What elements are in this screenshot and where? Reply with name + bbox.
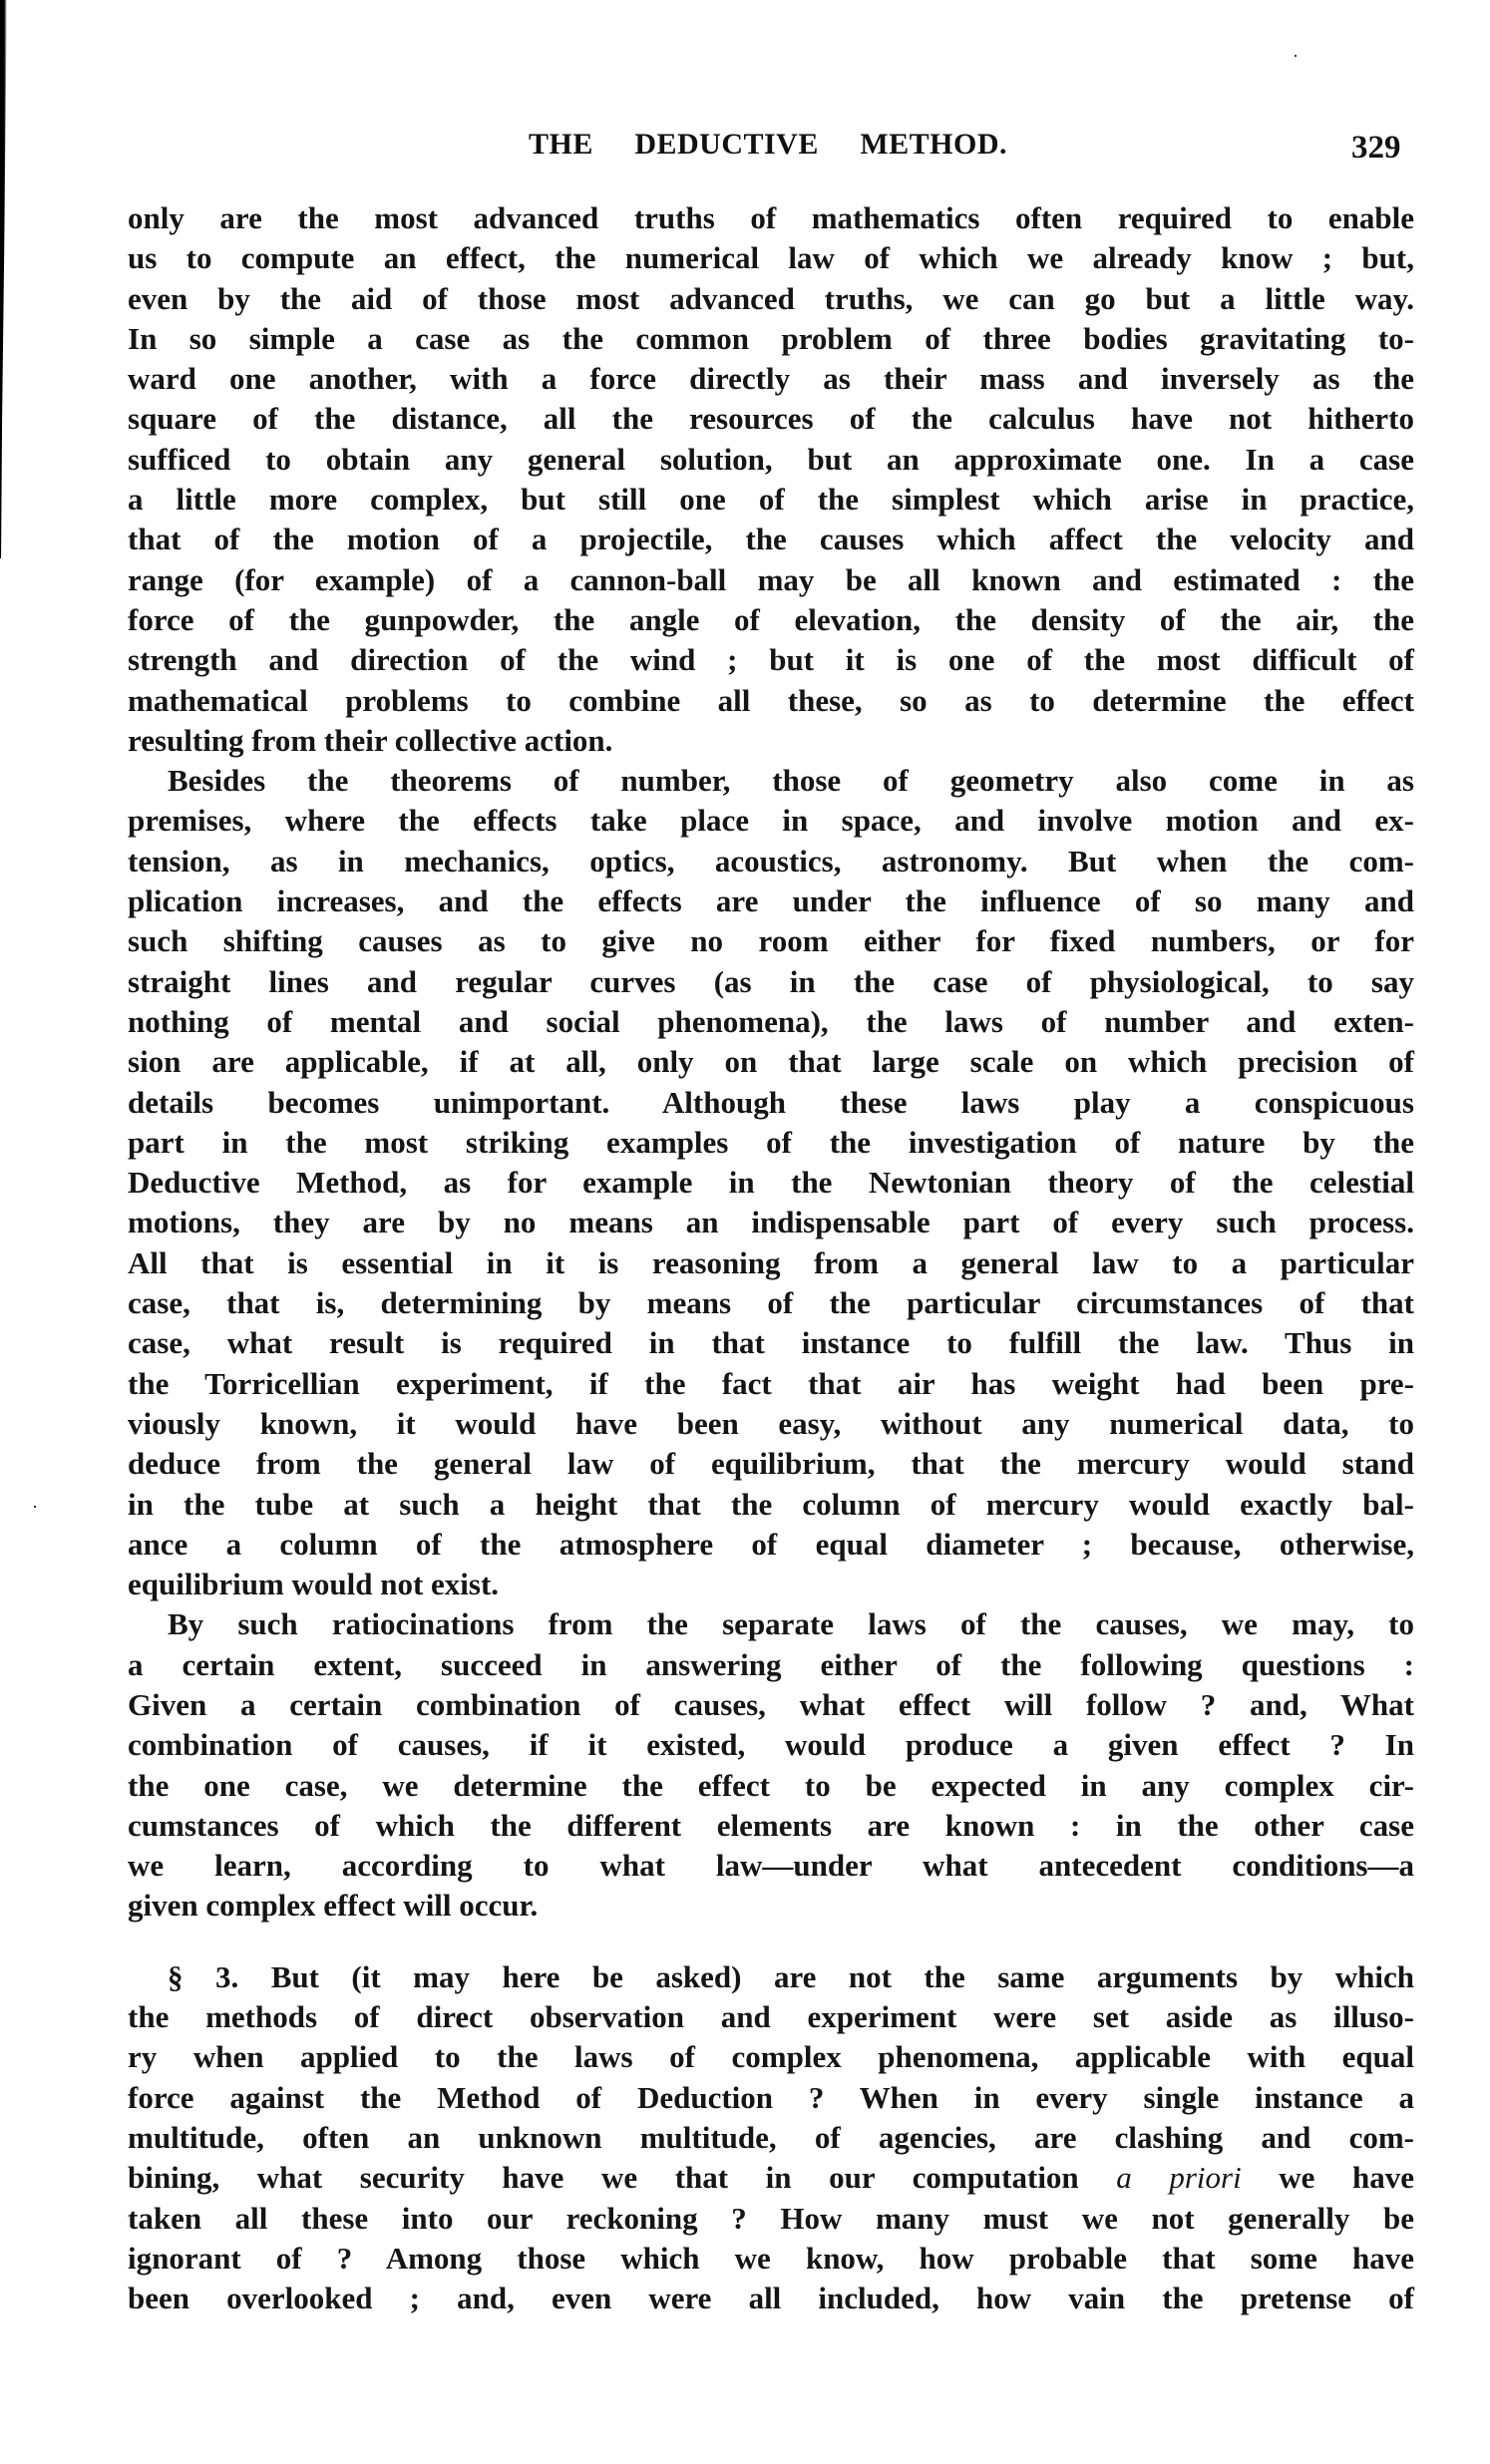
text-line: case, what result is required in that in… xyxy=(128,1323,1414,1363)
text-line: the Torricellian experiment, if the fact… xyxy=(128,1364,1414,1404)
paragraph-3: By such ratiocinations from the separate… xyxy=(128,1604,1414,1926)
text-line: Deductive Method, as for example in the … xyxy=(128,1163,1414,1203)
text-line: viously known, it would have been easy, … xyxy=(128,1404,1414,1444)
text-line: us to compute an effect, the numerical l… xyxy=(128,238,1414,278)
text-line: All that is essential in it is reasoning… xyxy=(128,1243,1414,1283)
text-line: even by the aid of those most advanced t… xyxy=(128,279,1414,319)
text-line: premises, where the effects take place i… xyxy=(128,801,1414,841)
text-line: ward one another, with a force directly … xyxy=(128,359,1414,399)
paragraph-1: only are the most advanced truths of mat… xyxy=(128,198,1414,761)
scan-edge-shadow xyxy=(0,0,7,558)
text-line: the methods of direct observation and ex… xyxy=(128,1997,1414,2037)
text-line: plication increases, and the effects are… xyxy=(128,881,1414,921)
text-line: mathematical problems to combine all the… xyxy=(128,681,1414,721)
page-number: 329 xyxy=(1351,130,1413,167)
text-line: multitude, often an unknown multitude, o… xyxy=(128,2118,1414,2158)
text-line: nothing of mental and social phenomena),… xyxy=(128,1002,1414,1042)
text-line: been overlooked ; and, even were all inc… xyxy=(128,2279,1414,2318)
text-line: ignorant of ? Among those which we know,… xyxy=(128,2239,1414,2279)
text-line: such shifting causes as to give no room … xyxy=(128,921,1414,961)
text-line: force against the Method of Deduction ? … xyxy=(128,2078,1414,2118)
text-line: motions, they are by no means an indispe… xyxy=(128,1203,1414,1242)
text-line: strength and direction of the wind ; but… xyxy=(128,640,1414,680)
text-line: straight lines and regular curves (as in… xyxy=(128,962,1414,1002)
text-line: range (for example) of a cannon-ball may… xyxy=(128,560,1414,600)
text-line: that of the motion of a projectile, the … xyxy=(128,520,1414,559)
scan-speck xyxy=(1295,55,1297,57)
running-head: THE DEDUCTIVE METHOD. xyxy=(529,128,1007,162)
text-line: deduce from the general law of equilibri… xyxy=(128,1444,1414,1484)
text-line: details becomes unimportant. Although th… xyxy=(128,1083,1414,1123)
text-line: case, that is, determining by means of t… xyxy=(128,1283,1414,1323)
page-body: only are the most advanced truths of mat… xyxy=(128,198,1414,2318)
scan-speck xyxy=(34,1506,36,1508)
text-segment: bining, what security have we that in ou… xyxy=(128,2160,1079,2195)
text-line: resulting from their collective action. xyxy=(128,721,1414,761)
text-line: a little more complex, but still one of … xyxy=(128,480,1414,520)
text-line: sufficed to obtain any general solution,… xyxy=(128,440,1414,480)
text-line: combination of causes, if it existed, wo… xyxy=(128,1725,1414,1765)
text-line: ance a column of the atmosphere of equal… xyxy=(128,1525,1414,1565)
text-line: only are the most advanced truths of mat… xyxy=(128,198,1414,238)
text-line: Besides the theorems of number, those of… xyxy=(128,761,1414,801)
text-line-with-italic: bining, what security have we that in ou… xyxy=(128,2158,1414,2198)
text-segment: we have xyxy=(1279,2160,1414,2195)
text-line: sion are applicable, if at all, only on … xyxy=(128,1042,1414,1082)
text-line: we learn, according to what law—under wh… xyxy=(128,1846,1414,1886)
text-line: given complex effect will occur. xyxy=(128,1886,1414,1926)
section-heading-line: § 3. But (it may here be asked) are not … xyxy=(128,1957,1414,1997)
text-line: tension, as in mechanics, optics, acoust… xyxy=(128,842,1414,881)
text-line: ry when applied to the laws of complex p… xyxy=(128,2037,1414,2077)
text-line: square of the distance, all the resource… xyxy=(128,399,1414,439)
text-line: part in the most striking examples of th… xyxy=(128,1123,1414,1163)
section-3-paragraph: § 3. But (it may here be asked) are not … xyxy=(128,1957,1414,2319)
text-line: in the tube at such a height that the co… xyxy=(128,1485,1414,1525)
italic-phrase: a priori xyxy=(1116,2160,1241,2195)
text-line: In so simple a case as the common proble… xyxy=(128,319,1414,359)
paragraph-2: Besides the theorems of number, those of… xyxy=(128,761,1414,1604)
text-line: force of the gunpowder, the angle of ele… xyxy=(128,600,1414,640)
text-line: the one case, we determine the effect to… xyxy=(128,1766,1414,1806)
text-line: Given a certain combination of causes, w… xyxy=(128,1685,1414,1725)
text-line: a certain extent, succeed in answering e… xyxy=(128,1645,1414,1685)
text-line: taken all these into our reckoning ? How… xyxy=(128,2199,1414,2239)
text-line: cumstances of which the different elemen… xyxy=(128,1806,1414,1846)
text-line: equilibrium would not exist. xyxy=(128,1565,1414,1604)
text-line: By such ratiocinations from the separate… xyxy=(128,1604,1414,1644)
